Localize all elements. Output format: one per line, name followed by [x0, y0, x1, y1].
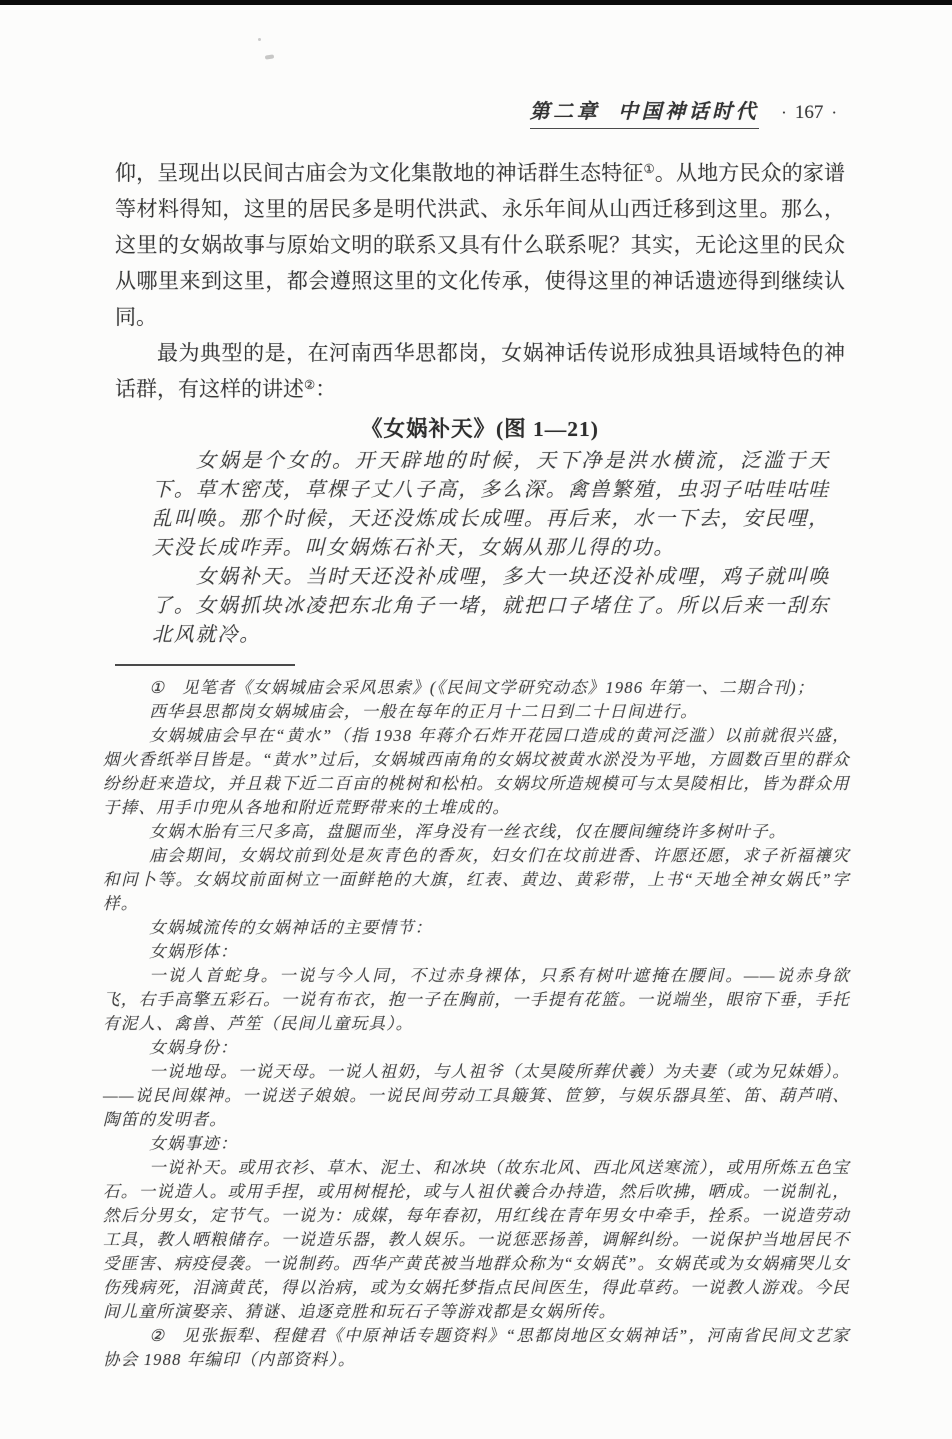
chapter-heading: 第二章中国神话时代 [530, 98, 760, 129]
footnote-ref-2: ② [304, 378, 315, 392]
footnote-paragraph: 西华县思都岗女娲城庙会，一般在每年的正月十二日到二十日间进行。 [103, 700, 850, 724]
paragraph-text: 最为典型的是，在河南西华思都岗，女娲神话传说形成独具语域特色的神话群，有这样的讲… [115, 341, 845, 401]
footnote-marker: ① [149, 678, 164, 697]
running-header: 第二章中国神话时代 ·167· [115, 98, 845, 129]
footnote-paragraph: 女娲形体： [103, 940, 850, 964]
scan-speck [265, 54, 274, 59]
story-paragraph: 女娲补天。当时天还没补成哩，多大一块还没补成哩，鸡子就叫唤了。女娲抓块冰凌把东北… [152, 563, 830, 650]
story-block: 女娲是个女的。开天辟地的时候，天下净是洪水横流，泛滥于天下。草木密茂，草棵子丈八… [152, 447, 830, 650]
footnote-marker: ② [149, 1326, 164, 1345]
footnote-paragraph: 一说地母。一说天母。一说人祖奶，与人祖爷（太昊陵所葬伏羲）为夫妻（或为兄妹婚）。… [103, 1060, 850, 1132]
footnote-ref-1: ① [644, 162, 655, 176]
footnote-paragraph: 女娲城流传的女娲神话的主要情节： [103, 916, 850, 940]
footnote-paragraph: 女娲木胎有三尺多高，盘腿而坐，浑身没有一丝衣线，仅在腰间缠绕许多树叶子。 [103, 820, 850, 844]
chapter-title: 中国神话时代 [618, 101, 759, 123]
footnote-paragraph: 一说人首蛇身。一说与今人同，不过赤身裸体，只系有树叶遮掩在腰间。——说赤身欲飞，… [103, 964, 850, 1036]
paragraph-text: ： [315, 377, 336, 401]
footnote-paragraph: 女娲事迹： [103, 1132, 850, 1156]
page-content: 第二章中国神话时代 ·167· 仰，呈现出以民间古庙会为文化集散地的神话群生态特… [115, 98, 845, 1372]
footnote-paragraph: ①见笔者《女娲城庙会采风思索》(《民间文学研究动态》1986 年第一、二期合刊)… [103, 676, 850, 700]
story-title: 《女娲补天》(图 1—21) [115, 415, 845, 443]
book-page-scan: 第二章中国神话时代 ·167· 仰，呈现出以民间古庙会为文化集散地的神话群生态特… [0, 0, 952, 1439]
page-number: ·167· [773, 99, 845, 127]
dot-separator: · [781, 103, 787, 122]
page-number-value: 167 [795, 102, 824, 123]
scan-speck [258, 38, 261, 41]
footnotes-block: ①见笔者《女娲城庙会采风思索》(《民间文学研究动态》1986 年第一、二期合刊)… [103, 676, 850, 1372]
chapter-number: 第二章 [530, 101, 601, 123]
footnote-paragraph: 女娲身份： [103, 1036, 850, 1060]
dot-separator: · [831, 103, 837, 122]
body-paragraph-1: 仰，呈现出以民间古庙会为文化集散地的神话群生态特征①。从地方民众的家谱等材料得知… [115, 155, 845, 335]
footnote-paragraph: ②见张振犁、程健君《中原神话专题资料》“思都岗地区女娲神话”，河南省民间文艺家协… [103, 1324, 850, 1372]
scan-edge-bar [0, 0, 952, 5]
paragraph-text: 。从地方民众的家谱等材料得知，这里的居民多是明代洪武、永乐年间从山西迁移到这里。… [115, 161, 845, 329]
story-paragraph: 女娲是个女的。开天辟地的时候，天下净是洪水横流，泛滥于天下。草木密茂，草棵子丈八… [152, 447, 830, 563]
footnote-paragraph: 一说补天。或用衣衫、草木、泥土、和冰块（故东北风、西北风送寒流），或用所炼五色宝… [103, 1156, 850, 1324]
footnote-paragraph: 女娲城庙会早在“黄水”（指 1938 年蒋介石炸开花园口造成的黄河泛滥）以前就很… [103, 724, 850, 820]
body-paragraph-2: 最为典型的是，在河南西华思都岗，女娲神话传说形成独具语域特色的神话群，有这样的讲… [115, 335, 845, 407]
paragraph-text: 仰，呈现出以民间古庙会为文化集散地的神话群生态特征 [115, 161, 644, 185]
footnote-divider [115, 664, 295, 666]
footnote-paragraph: 庙会期间，女娲坟前到处是灰青色的香灰，妇女们在坟前进香、许愿还愿，求子祈福禳灾和… [103, 844, 850, 916]
